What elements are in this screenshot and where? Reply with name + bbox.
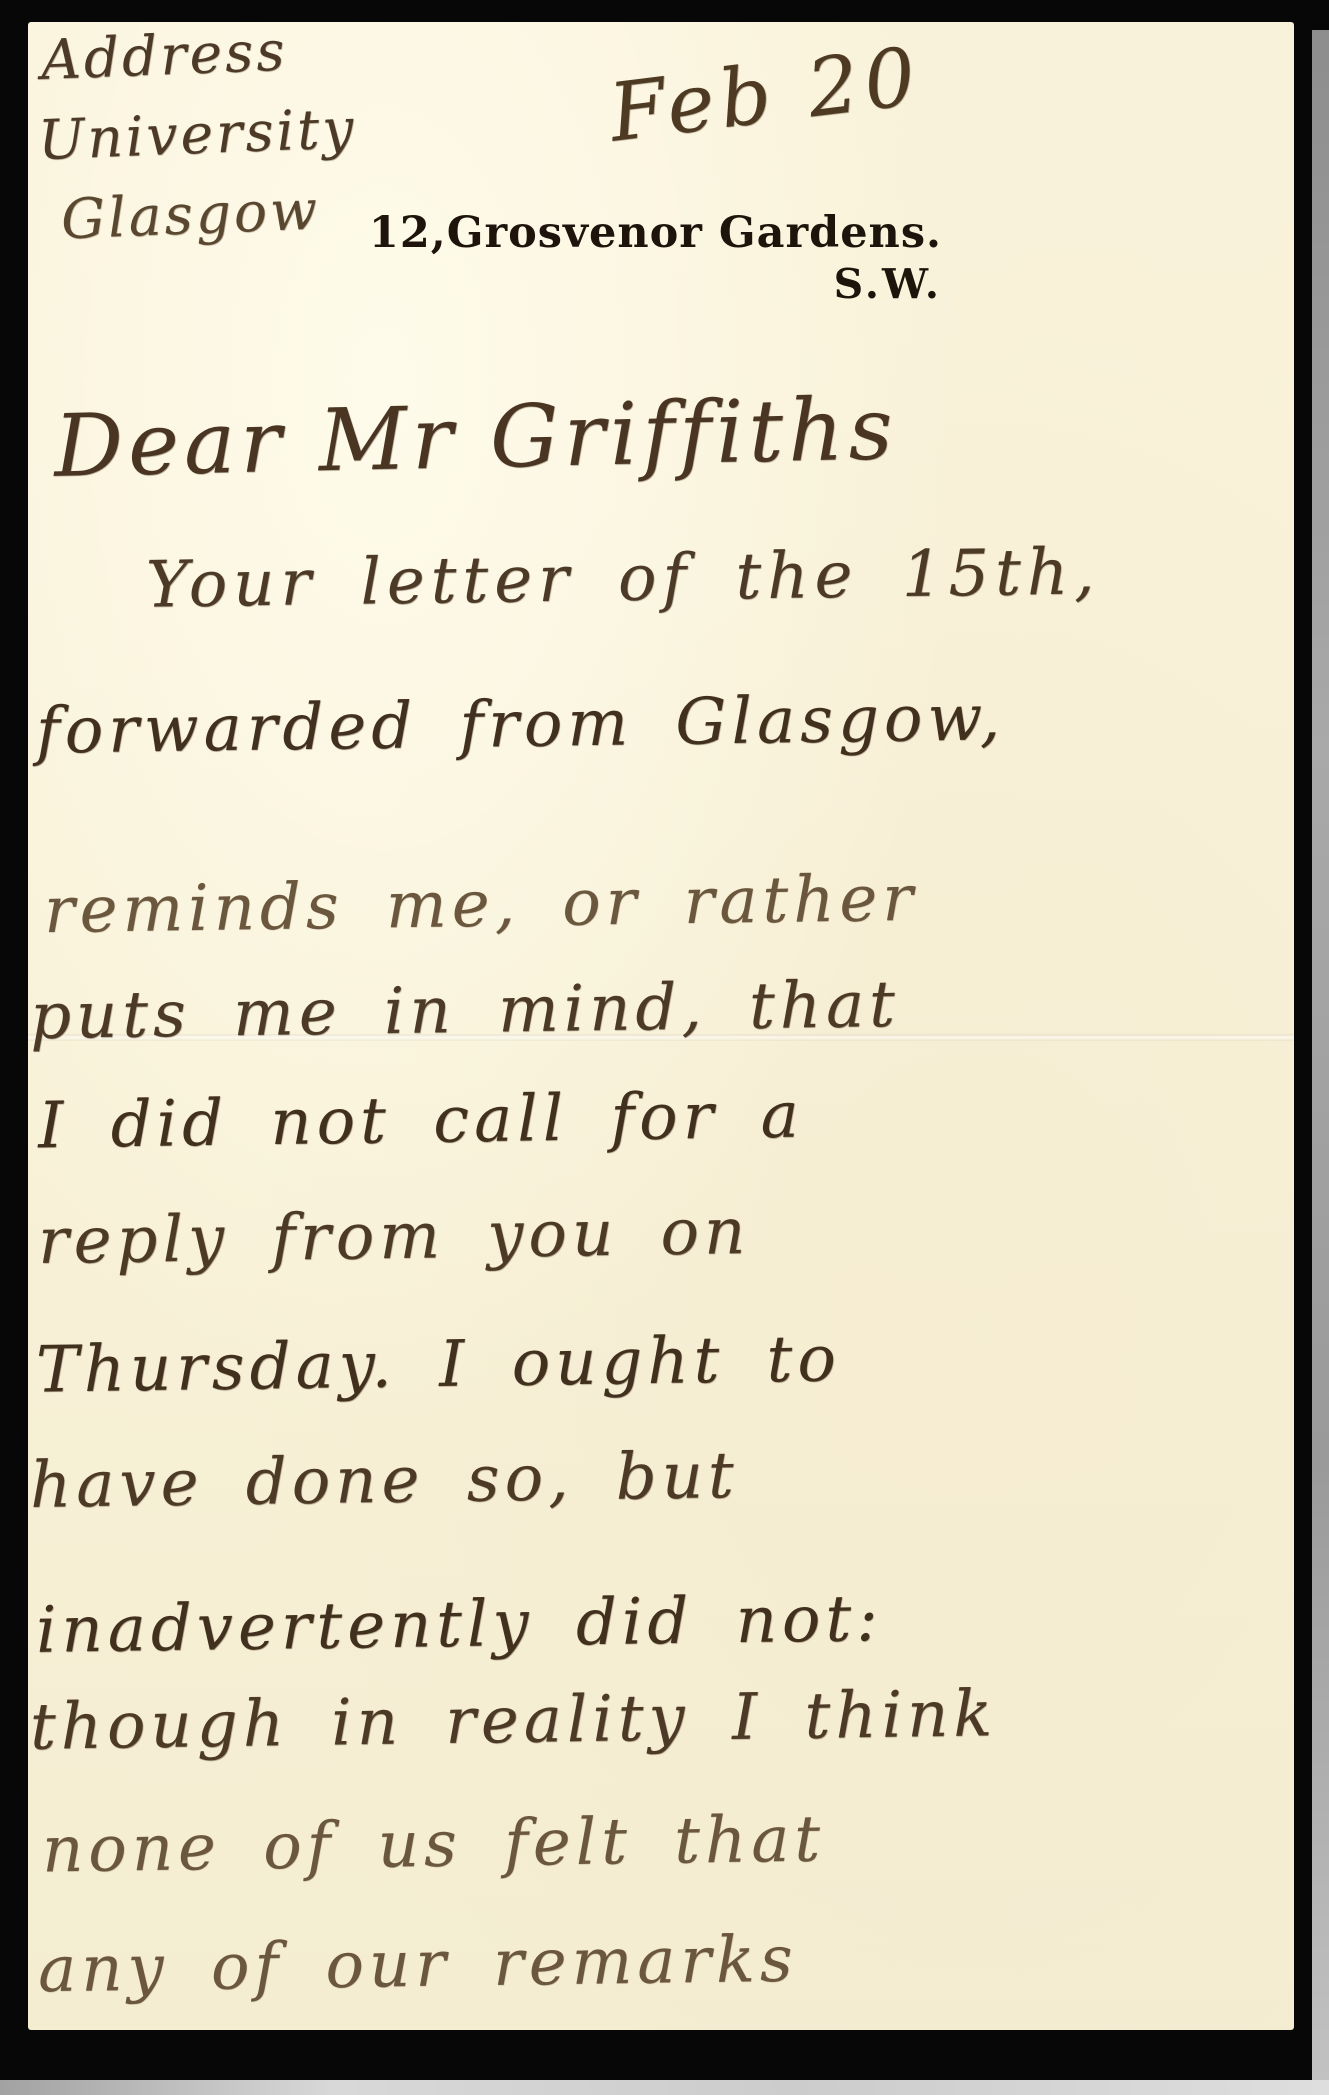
letterhead: 12,Grosvenor Gardens. S.W. [369,208,942,308]
margin-note: Address University Glasgow [40,8,361,260]
body-line: inadvertently did not: [36,1582,884,1668]
scanned-letter-page: Address University Glasgow Feb 20 12,Gro… [28,22,1294,2030]
body-line: any of our remarks [38,1923,799,2008]
body-line: Your letter of the 15th, [146,535,1101,622]
body-line: Thursday. I ought to [36,1322,842,1407]
body-line: forwarded from Glasgow, [36,681,1006,769]
body-line: have done so, but [30,1439,740,1523]
body-line: puts me in mind, that [30,968,901,1054]
letterhead-district: S.W. [369,260,942,308]
salutation-line: Dear Mr Griffiths [53,379,899,497]
scanner-background-right [1312,30,1329,2080]
margin-note-line: University [37,88,358,180]
body-line: I did not call for a [38,1079,805,1164]
letter-date: Feb 20 [605,29,927,159]
body-line: reply from you on [38,1195,751,1279]
scanner-background-bottom [0,2080,1329,2095]
body-line: none of us felt that [42,1803,826,1888]
body-line: reminds me, or rather [44,862,919,948]
body-line: though in reality I think [30,1677,998,1764]
letterhead-address: 12,Grosvenor Gardens. [369,208,942,258]
margin-note-line: Glasgow [60,168,361,259]
margin-note-line: Address [40,8,355,100]
